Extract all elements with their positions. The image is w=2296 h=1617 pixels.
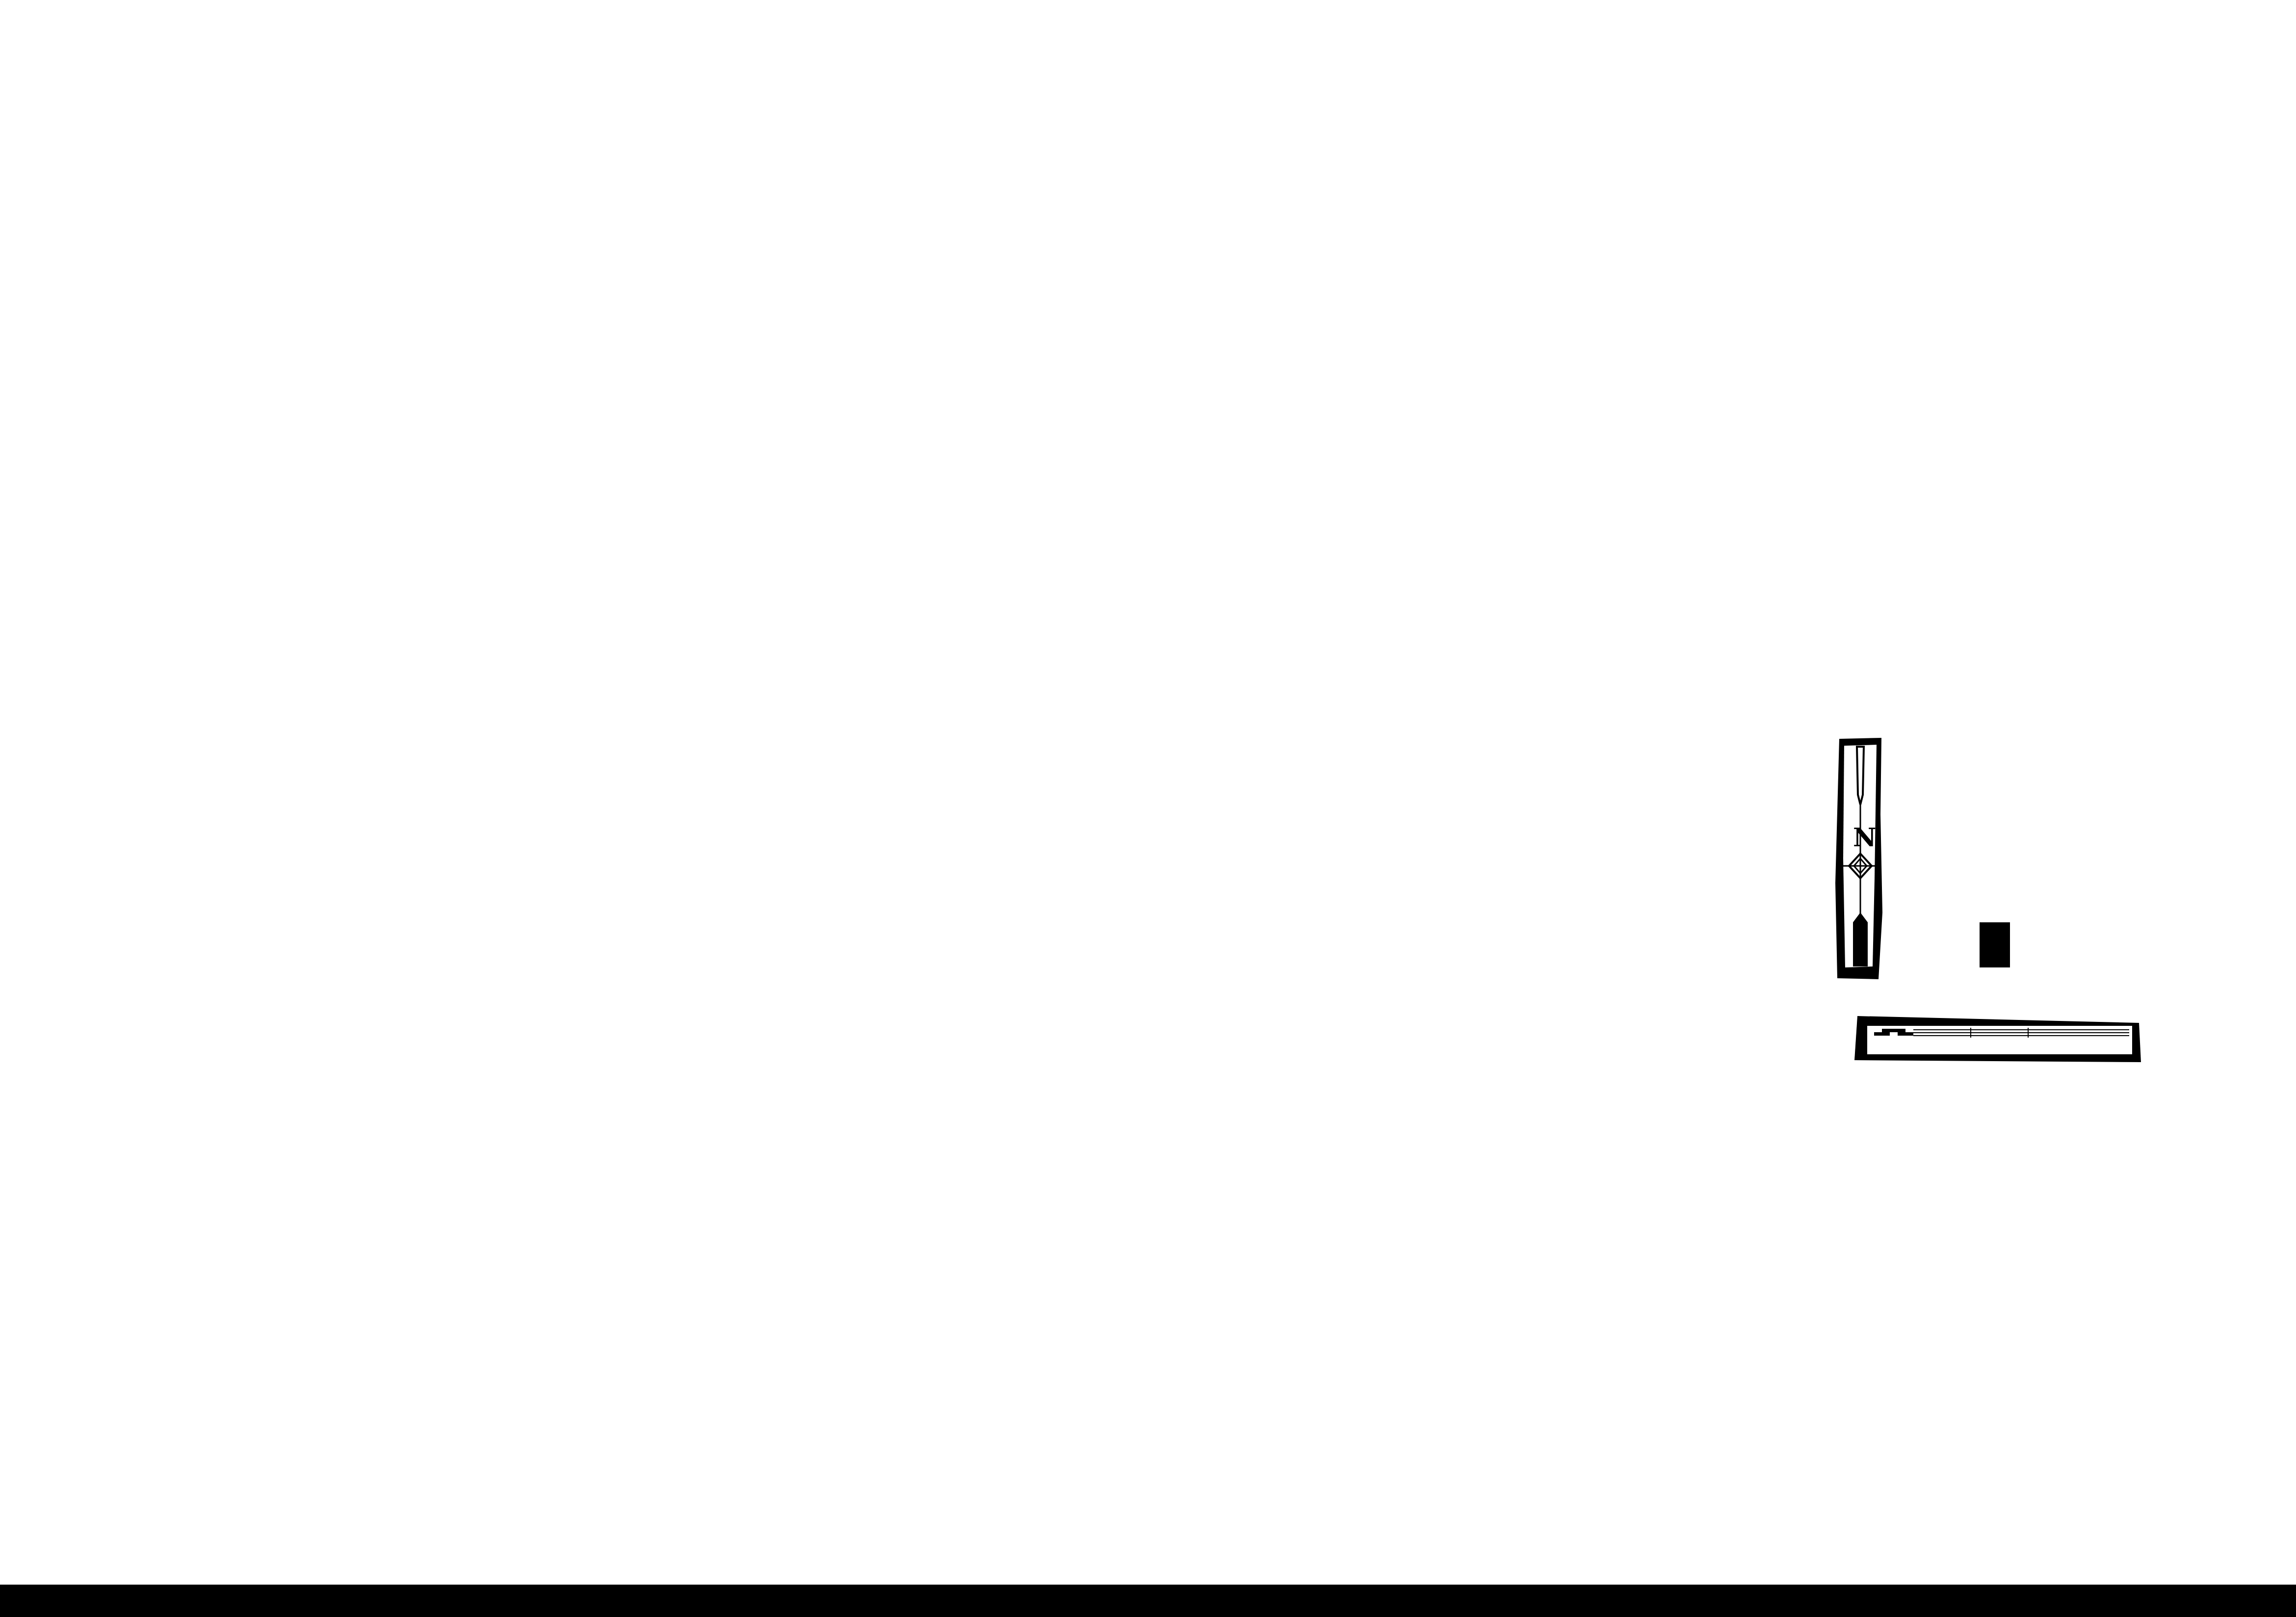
north-arrow-icon: N bbox=[1833, 736, 1887, 981]
section-number-badge bbox=[1980, 922, 2010, 967]
film-frame-strip-bottom bbox=[0, 1585, 2296, 1617]
scale-bar-icon bbox=[1854, 1013, 2144, 1065]
map-scan bbox=[0, 0, 2296, 1617]
north-label: N bbox=[1853, 823, 1877, 853]
